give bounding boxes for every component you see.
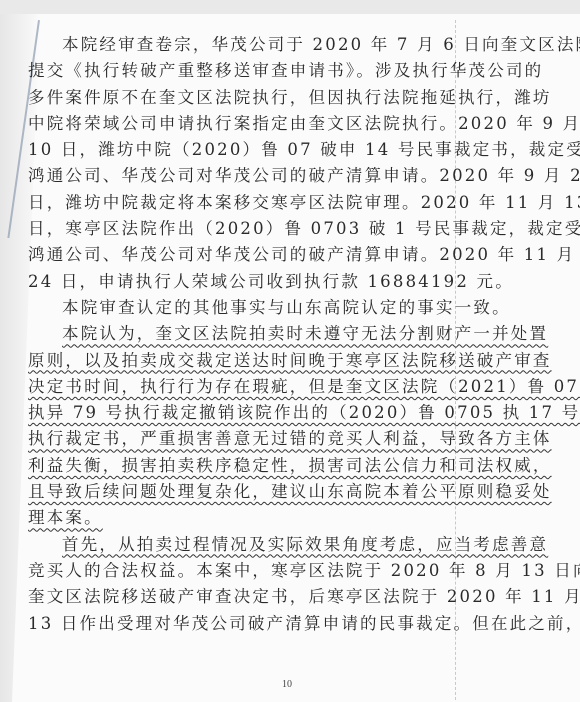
underlined-text-line: 执行裁定书，严重损害善意无过错的竞买人利益，导致各方主体 [28, 426, 558, 452]
underlined-text-line: 且导致后续问题处理复杂化，建议山东高院本着公平原则稳妥处 [28, 479, 558, 505]
underlined-text-line: 执异 79 号执行裁定撤销该院作出的（2020）鲁 0705 执 17 号之二 [28, 400, 558, 426]
text-line: 中院将荣域公司申请执行案指定由奎文区法院执行。2020 年 9 月 [28, 111, 558, 137]
document-body: 本院经审查卷宗，华茂公司于 2020 年 7 月 6 日向奎文区法院 提交《执行… [28, 32, 558, 637]
text-line: 多件案件原不在奎文区法院执行，但因执行法院拖延执行，潍坊 [28, 85, 558, 111]
text-line: 鸿通公司、华茂公司对华茂公司的破产清算申请。2020 年 9 月 23 [28, 163, 558, 189]
underlined-text-line: 利益失衡，损害拍卖秩序稳定性，损害司法公信力和司法权威， [28, 453, 558, 479]
text-line: 13 日作出受理对华茂公司破产清算申请的民事裁定。但在此之前， [28, 611, 558, 637]
text-line: 日，寒亭区法院作出（2020）鲁 0703 破 1 号民事裁定，裁定受理 [28, 216, 558, 242]
text-line: 鸿通公司、华茂公司对华茂公司的破产清算申请。2020 年 11 月 [28, 242, 558, 268]
text-line: 本院审查认定的其他事实与山东高院认定的事实一致。 [28, 295, 558, 321]
underlined-text-line: 本院认为，奎文区法院拍卖时未遵守无法分割财产一并处置 [28, 321, 558, 347]
text-line: 10 日，潍坊中院（2020）鲁 07 破申 14 号民事裁定书，裁定受理 [28, 137, 558, 163]
underlined-text-line: 理本案。 [28, 505, 558, 531]
underlined-text-line: 原则，以及拍卖成交裁定送达时间晚于寒亭区法院移送破产审查 [28, 348, 558, 374]
underlined-text-line: 首先，从拍卖过程情况及实际效果角度考虑，应当考虑善意 [28, 532, 558, 558]
text-line: 奎文区法院移送破产审查决定书，后寒亭区法院于 2020 年 11 月 [28, 584, 558, 610]
top-background-band [0, 0, 580, 14]
text-line: 竞买人的合法权益。本案中，寒亭区法院于 2020 年 8 月 13 日向 [28, 558, 558, 584]
page-number: 10 [282, 679, 292, 690]
text-line: 24 日，申请执行人荣域公司收到执行款 16884192 元。 [28, 269, 558, 295]
text-line: 本院经审查卷宗，华茂公司于 2020 年 7 月 6 日向奎文区法院 [28, 32, 558, 58]
text-line: 日，潍坊中院裁定将本案移交寒亭区法院审理。2020 年 11 月 13 [28, 190, 558, 216]
text-line: 提交《执行转破产重整移送审查申请书》。涉及执行华茂公司的 [28, 58, 558, 84]
underlined-text-line: 决定书时间，执行行为存在瑕疵，但是奎文区法院（2021）鲁 0705 [28, 374, 558, 400]
